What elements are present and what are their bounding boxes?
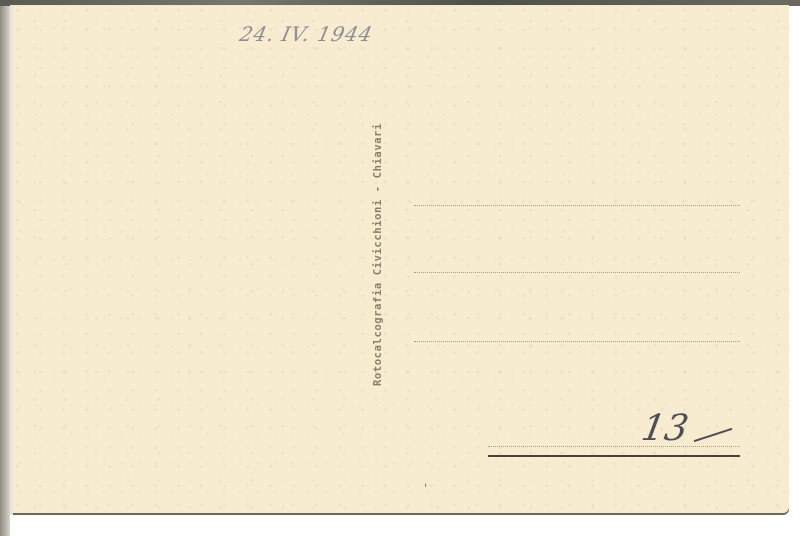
publisher-imprint: Rotocalcografia Civicchioni - Chiavari [372,123,384,386]
address-line-4-dotted [488,446,740,447]
handwritten-date: 24. IV. 1944 [237,22,375,46]
address-line-2 [414,272,740,273]
address-line-1 [414,205,740,206]
handwritten-number: 13 [638,408,691,449]
scan-left-edge [0,0,10,536]
address-line-4 [488,455,740,457]
address-line-3 [414,341,740,342]
small-mark: ˌ [424,474,427,488]
